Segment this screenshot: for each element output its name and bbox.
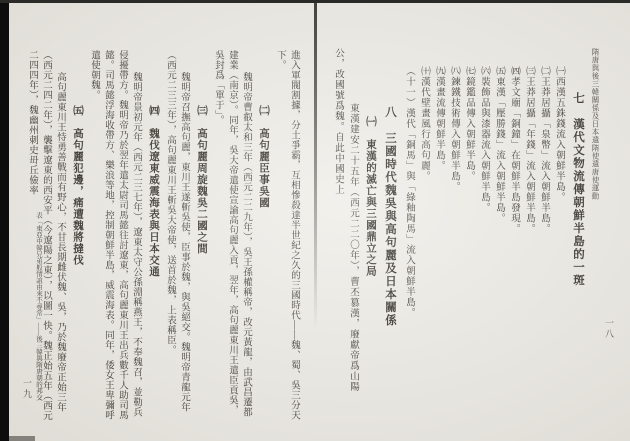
page-gutter-shadow — [314, 0, 317, 330]
section-3-paragraph: 魏明帝召撫高句麗，東川王遂斬吳使，臣事於魏，與吳絕交。魏明帝青龍元年（西元二三三… — [163, 50, 191, 425]
section-2-paragraph: 魏明帝曹叡太和三年（西元二二九年），吳王孫權稱帝，改元黃龍，由武昌遷都建業（南京… — [211, 50, 253, 425]
list-item-5: ㈤東漢「壓勝錢」流入朝鮮半島。 — [491, 48, 506, 400]
list-item-6: ㈥裝飾品與漆器流入朝鮮半島。 — [476, 48, 491, 400]
list-item-4: ㈣孝文廟「銅鐘」在朝鮮半島發現。 — [506, 48, 521, 400]
page-number-right: 一八 — [603, 318, 616, 340]
list-item-1: ㈠西漢五銖錢流入朝鮮半島。 — [551, 48, 566, 400]
scan-smudge — [9, 436, 35, 441]
section-3-heading: ㈢ 高句麗周旋魏吳二國之間 — [193, 50, 209, 425]
list-item-2: ㈡王莽居攝「泉幣」流入朝鮮半島。 — [536, 48, 551, 400]
chapter-7-heading: 七 漢代文物流傳朝鮮半島的一斑 — [569, 48, 586, 400]
list-item-10: ㈩漢代壁畫風行高句麗。 — [416, 48, 431, 400]
book-scan: 隋唐與後三韓關係及日本遣隋使遣唐使運動 七 漢代文物流傳朝鮮半島的一斑 ㈠西漢五… — [0, 0, 630, 441]
list-item-8: ㈧鍊鐵技術傳入朝鮮半島。 — [446, 48, 461, 400]
scan-edge-top — [0, 0, 630, 3]
page-left: 進入軍閥割據，分土爭霸，互相慘殺達半世紀之久的三國時代——魏、蜀、吳三分天下。 … — [9, 0, 315, 441]
section-5-paragraph: 高句麗東川王恃勇善戰而有野心，不甘長期雌伏魏、吳，乃於魏廢帝正始三年（西元二四二… — [25, 50, 67, 425]
section-5-heading: ㈤ 高句麗犯邊，痛遭魏將撻伐 — [69, 50, 85, 425]
page-number-left: 一九 — [21, 378, 34, 400]
continuation-paragraph: 進入軍閥割據，分土爭霸，互相慘殺達半世紀之久的三國時代——魏、蜀、吳三分天下。 — [273, 50, 301, 425]
list-item-9: ㈨漢畫流傳朝鮮半島。 — [431, 48, 446, 400]
list-item-3: ㈢王莽居攝「年錢」流入朝鮮半島。 — [521, 48, 536, 400]
page-right-text-block: 隋唐與後三韓關係及日本遣隋使遣唐使運動 七 漢代文物流傳朝鮮半島的一斑 ㈠西漢五… — [322, 48, 602, 400]
scan-edge-left — [0, 0, 9, 441]
list-item-11: （十一）漢代「銅馬」與「綠釉陶馬」流入朝鮮半島。 — [401, 48, 416, 400]
page-left-text-block: 進入軍閥割據，分土爭霸，互相慘殺達半世紀之久的三國時代——魏、蜀、吳三分天下。 … — [45, 50, 301, 425]
running-head: 隋唐與後三韓關係及日本遣隋使遣唐使運動 — [589, 48, 602, 400]
section-1-paragraph: 東漢建安二十五年（西元二二〇年），曹丕篡漢，廢獻帝爲山陽公，改國號爲魏。自此中國… — [330, 48, 360, 400]
section-4-heading: ㈣ 魏伐遼東威震海表與日本交通 — [145, 50, 161, 425]
footnote: 表「東亞中韓兄弟般情誼由來不尋常」——後三韓與隋唐朝的邦交 — [33, 212, 44, 401]
chapter-8-heading: 八 三國時代魏吳與高句麗及日本關係 — [381, 48, 398, 400]
section-1-heading: ㈠ 東漢的滅亡與三國鼎立之局 — [362, 48, 378, 400]
list-item-7: ㈦鏡鑑品傳入朝鮮半島。 — [461, 48, 476, 400]
section-2-heading: ㈡ 高句麗臣事吳國 — [255, 50, 271, 425]
page-right: 隋唐與後三韓關係及日本遣隋使遣唐使運動 七 漢代文物流傳朝鮮半島的一斑 ㈠西漢五… — [318, 0, 630, 441]
section-4-paragraph: 魏明帝景初元年（西元二三七年），遼東太守公孫淵稱燕王，不奉魏召，並勒兵侵擾帶方。… — [87, 50, 143, 425]
